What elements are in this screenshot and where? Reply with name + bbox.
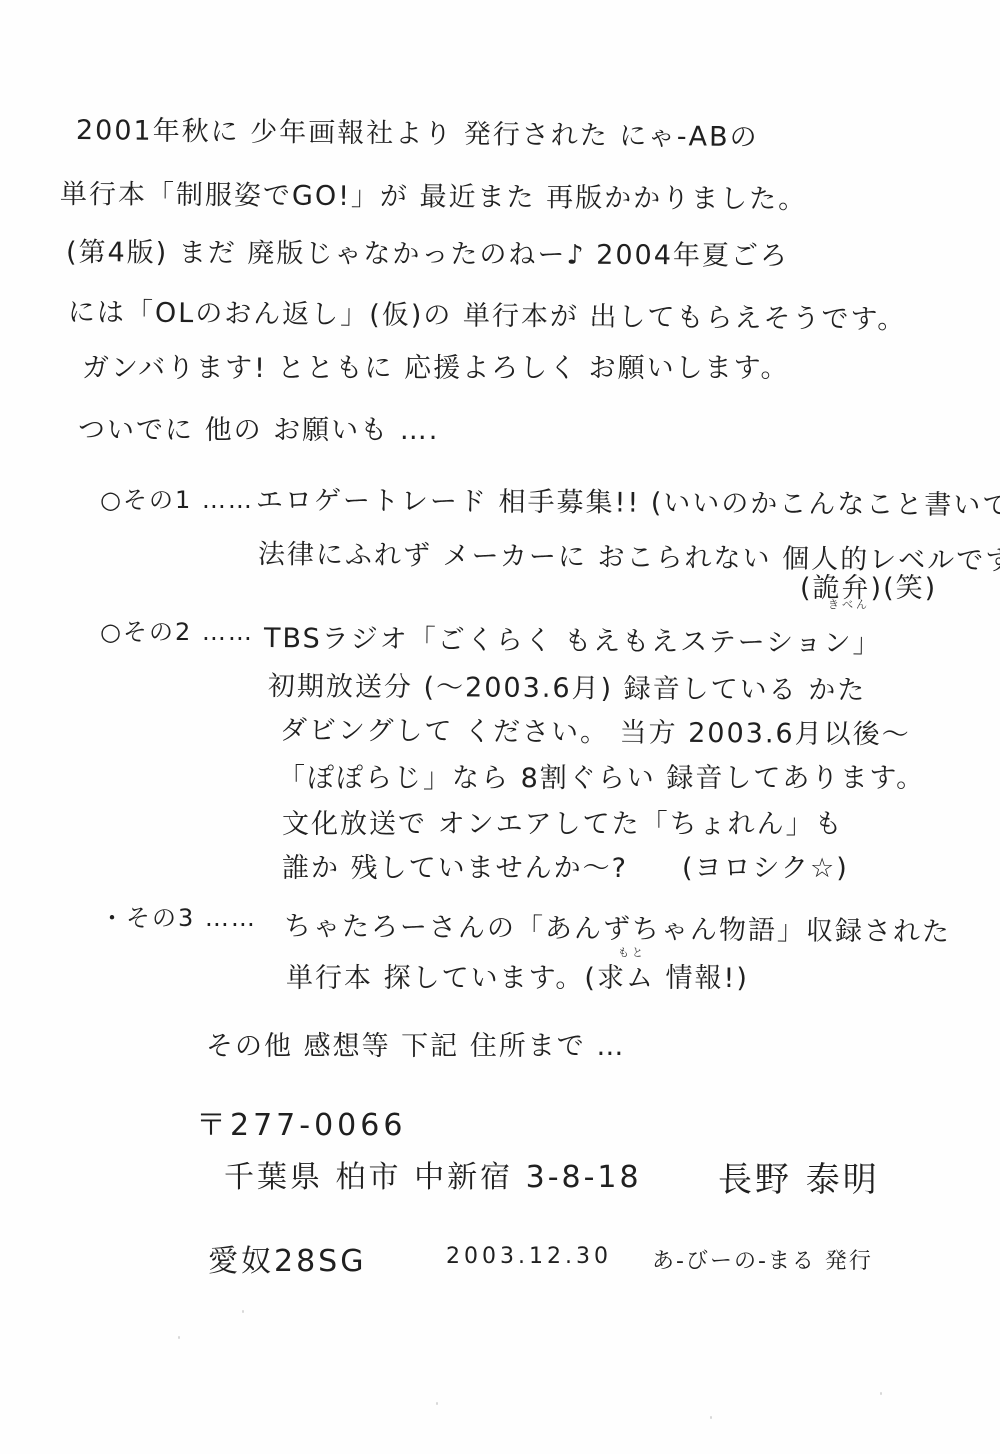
request-3-line-1: ちゃたろーさんの「あんずちゃん物語」収録された [284,904,951,949]
request-1-line-1: エロゲートレード 相手募集!! (いいのかこんなこと書いて) [256,478,1000,522]
request-1-label: ○その1 …… [100,480,254,515]
paper-speck [242,1310,244,1313]
closing-text: その他 感想等 下記 住所まで … [206,1024,625,1063]
paragraph-line-3: (第4版) まだ 廃版じゃなかったのねー♪ 2004年夏ごろ [66,230,789,273]
paragraph-line-4: には「OLのおん返し」(仮)の 単行本が 出してもらえそうです。 [68,290,907,336]
paper-speck [880,1392,882,1395]
request-2-line-3: ダビングして ください。 当方 2003.6月以後〜 [280,708,911,751]
postal-code: 〒277-0066 [196,1100,406,1144]
request-2-line-2: 初期放送分 (〜2003.6月) 録音している かた [268,664,867,707]
request-2-aside: (ヨロシク☆) [682,846,849,885]
requests-intro: ついでに 他の お願いも …. [78,408,439,447]
paragraph-line-1: 2001年秋に 少年画報社より 発行された にゃ-ABの [76,108,759,154]
publisher: あ-びーの-まる 発行 [652,1244,873,1275]
author-name: 長野 泰明 [718,1152,880,1201]
request-3-line-2: 単行本 探しています。(求ム 情報!) [286,956,749,995]
request-3-label: ・その3 …… [100,898,257,933]
publish-date: 2003.12.30 [446,1244,612,1269]
handwritten-page: 2001年秋に 少年画報社より 発行された にゃ-ABの 単行本「制服姿でGO!… [0,0,1000,1454]
request-2-line-1: TBSラジオ「ごくらく もえもえステーション」 [264,616,882,660]
paragraph-line-5: ガンバります! とともに 応援よろしく お願いします。 [82,346,790,385]
paragraph-line-2: 単行本「制服姿でGO!」が 最近また 再版かかりました。 [60,172,807,216]
paper-speck [436,1402,438,1405]
request-1-ruby: きべん [828,596,870,612]
request-2-line-5: 文化放送で オンエアしてた「ちょれん」も [282,802,844,841]
paper-speck [710,1416,712,1419]
request-2-line-6: 誰か 残していませんか〜? [282,846,628,885]
request-2-label: ○その2 …… [100,612,254,647]
street-address: 千葉県 柏市 中新宿 3-8-18 [224,1152,642,1196]
issue-label: 愛奴28SG [208,1236,366,1280]
paper-speck [178,1336,180,1339]
request-2-line-4: 「ぽぽらじ」なら 8割ぐらい 録音してあります。 [278,756,925,795]
